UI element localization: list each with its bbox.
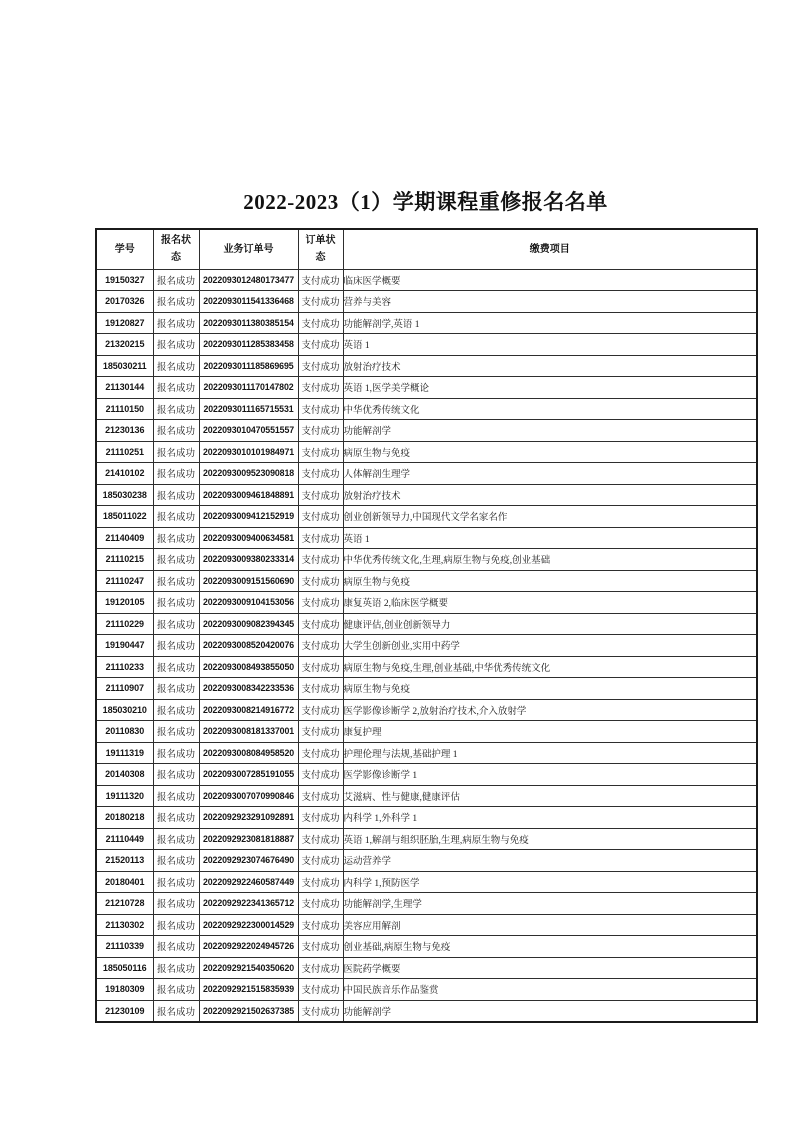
reg-status-cell: 报名成功 [153, 828, 199, 850]
fee-items-cell: 内科学 1,预防医学 [343, 871, 757, 893]
reg-status-cell: 报名成功 [153, 269, 199, 291]
student-id-cell: 21410102 [96, 463, 153, 485]
reg-status-cell: 报名成功 [153, 398, 199, 420]
order-status-cell: 支付成功 [298, 699, 343, 721]
fee-items-cell: 中华优秀传统文化 [343, 398, 757, 420]
reg-status-cell: 报名成功 [153, 355, 199, 377]
student-id-cell: 19120827 [96, 312, 153, 334]
order-number-cell: 2022093009082394345 [199, 613, 298, 635]
reg-status-cell: 报名成功 [153, 592, 199, 614]
student-id-cell: 185011022 [96, 506, 153, 528]
table-row: 21110449报名成功2022092923081818887支付成功英语 1,… [96, 828, 757, 850]
table-row: 20180218报名成功2022092923291092891支付成功内科学 1… [96, 807, 757, 829]
table-row: 21130144报名成功2022093011170147802支付成功英语 1,… [96, 377, 757, 399]
order-number-cell: 2022093011541336468 [199, 291, 298, 313]
order-status-cell: 支付成功 [298, 828, 343, 850]
order-number-cell: 2022092922300014529 [199, 914, 298, 936]
student-id-cell: 21230109 [96, 1000, 153, 1022]
order-status-cell: 支付成功 [298, 463, 343, 485]
order-status-cell: 支付成功 [298, 420, 343, 442]
header-cell-fee-items: 缴费项目 [343, 229, 757, 269]
order-status-cell: 支付成功 [298, 635, 343, 657]
header-cell-order-status: 订单状态 [298, 229, 343, 269]
student-id-cell: 21210728 [96, 893, 153, 915]
reg-status-cell: 报名成功 [153, 377, 199, 399]
reg-status-cell: 报名成功 [153, 506, 199, 528]
header-cell-student-id: 学号 [96, 229, 153, 269]
student-id-cell: 19180309 [96, 979, 153, 1001]
order-number-cell: 2022093008520420076 [199, 635, 298, 657]
table-row: 21230109报名成功2022092921502637385支付成功功能解剖学 [96, 1000, 757, 1022]
fee-items-cell: 放射治疗技术 [343, 355, 757, 377]
order-status-cell: 支付成功 [298, 570, 343, 592]
table-body: 19150327报名成功2022093012480173477支付成功临床医学概… [96, 269, 757, 1022]
fee-items-cell: 健康评估,创业创新领导力 [343, 613, 757, 635]
reg-status-cell: 报名成功 [153, 312, 199, 334]
reg-status-cell: 报名成功 [153, 291, 199, 313]
student-id-cell: 21110247 [96, 570, 153, 592]
document-page: 2022-2023（1）学期课程重修报名名单 学号 报名状态 业务订单号 订单状… [0, 0, 793, 1122]
order-number-cell: 2022092921502637385 [199, 1000, 298, 1022]
order-status-cell: 支付成功 [298, 334, 343, 356]
table-row: 19190447报名成功2022093008520420076支付成功大学生创新… [96, 635, 757, 657]
table-row: 19120105报名成功2022093009104153056支付成功康复英语 … [96, 592, 757, 614]
order-status-cell: 支付成功 [298, 656, 343, 678]
student-id-cell: 185030210 [96, 699, 153, 721]
reg-status-cell: 报名成功 [153, 807, 199, 829]
order-number-cell: 2022093008493855050 [199, 656, 298, 678]
fee-items-cell: 美容应用解剖 [343, 914, 757, 936]
table-row: 185011022报名成功2022093009412152919支付成功创业创新… [96, 506, 757, 528]
table-row: 185030210报名成功2022093008214916772支付成功医学影像… [96, 699, 757, 721]
order-status-cell: 支付成功 [298, 527, 343, 549]
order-number-cell: 2022092922460587449 [199, 871, 298, 893]
order-status-cell: 支付成功 [298, 441, 343, 463]
order-number-cell: 2022093009523090818 [199, 463, 298, 485]
order-number-cell: 2022093011185869695 [199, 355, 298, 377]
fee-items-cell: 英语 1 [343, 334, 757, 356]
order-status-cell: 支付成功 [298, 914, 343, 936]
table-row: 20170326报名成功2022093011541336468支付成功营养与美容 [96, 291, 757, 313]
fee-items-cell: 内科学 1,外科学 1 [343, 807, 757, 829]
reg-status-cell: 报名成功 [153, 871, 199, 893]
order-status-cell: 支付成功 [298, 893, 343, 915]
reg-status-cell: 报名成功 [153, 699, 199, 721]
fee-items-cell: 创业基础,病原生物与免疫 [343, 936, 757, 958]
fee-items-cell: 功能解剖学 [343, 420, 757, 442]
order-status-cell: 支付成功 [298, 678, 343, 700]
reg-status-cell: 报名成功 [153, 893, 199, 915]
order-number-cell: 2022093009461848891 [199, 484, 298, 506]
table-row: 21110339报名成功2022092922024945726支付成功创业基础,… [96, 936, 757, 958]
fee-items-cell: 英语 1 [343, 527, 757, 549]
table-row: 21110247报名成功2022093009151560690支付成功病原生物与… [96, 570, 757, 592]
order-number-cell: 2022093012480173477 [199, 269, 298, 291]
reg-status-cell: 报名成功 [153, 441, 199, 463]
student-id-cell: 20170326 [96, 291, 153, 313]
table-row: 185030211报名成功2022093011185869695支付成功放射治疗… [96, 355, 757, 377]
table-row: 185030238报名成功2022093009461848891支付成功放射治疗… [96, 484, 757, 506]
student-id-cell: 21110215 [96, 549, 153, 571]
fee-items-cell: 功能解剖学,生理学 [343, 893, 757, 915]
order-status-cell: 支付成功 [298, 936, 343, 958]
order-status-cell: 支付成功 [298, 1000, 343, 1022]
fee-items-cell: 医学影像诊断学 2,放射治疗技术,介入放射学 [343, 699, 757, 721]
table-row: 20180401报名成功2022092922460587449支付成功内科学 1… [96, 871, 757, 893]
order-status-cell: 支付成功 [298, 785, 343, 807]
order-status-cell: 支付成功 [298, 742, 343, 764]
order-number-cell: 2022092923081818887 [199, 828, 298, 850]
order-number-cell: 2022093008214916772 [199, 699, 298, 721]
page-title: 2022-2023（1）学期课程重修报名名单 [95, 0, 756, 216]
fee-items-cell: 功能解剖学,英语 1 [343, 312, 757, 334]
reg-status-cell: 报名成功 [153, 850, 199, 872]
student-id-cell: 19111319 [96, 742, 153, 764]
reg-status-cell: 报名成功 [153, 721, 199, 743]
reg-status-cell: 报名成功 [153, 635, 199, 657]
order-status-cell: 支付成功 [298, 613, 343, 635]
reg-status-cell: 报名成功 [153, 613, 199, 635]
table-row: 20110830报名成功2022093008181337001支付成功康复护理 [96, 721, 757, 743]
student-id-cell: 21110907 [96, 678, 153, 700]
reg-status-cell: 报名成功 [153, 484, 199, 506]
student-id-cell: 20140308 [96, 764, 153, 786]
order-number-cell: 2022093011285383458 [199, 334, 298, 356]
order-status-cell: 支付成功 [298, 592, 343, 614]
student-id-cell: 19150327 [96, 269, 153, 291]
reg-status-cell: 报名成功 [153, 764, 199, 786]
student-id-cell: 19111320 [96, 785, 153, 807]
fee-items-cell: 护理伦理与法规,基础护理 1 [343, 742, 757, 764]
table-row: 20140308报名成功2022093007285191055支付成功医学影像诊… [96, 764, 757, 786]
fee-items-cell: 营养与美容 [343, 291, 757, 313]
order-status-cell: 支付成功 [298, 850, 343, 872]
table-row: 21210728报名成功2022092922341365712支付成功功能解剖学… [96, 893, 757, 915]
order-status-cell: 支付成功 [298, 484, 343, 506]
order-number-cell: 2022092923074676490 [199, 850, 298, 872]
order-number-cell: 2022092921515835939 [199, 979, 298, 1001]
reg-status-cell: 报名成功 [153, 914, 199, 936]
reg-status-cell: 报名成功 [153, 957, 199, 979]
order-status-cell: 支付成功 [298, 312, 343, 334]
table-row: 21110229报名成功2022093009082394345支付成功健康评估,… [96, 613, 757, 635]
order-status-cell: 支付成功 [298, 398, 343, 420]
fee-items-cell: 医院药学概要 [343, 957, 757, 979]
order-number-cell: 2022093008342233536 [199, 678, 298, 700]
table-header-row: 学号 报名状态 业务订单号 订单状态 缴费项目 [96, 229, 757, 269]
student-id-cell: 21110233 [96, 656, 153, 678]
reg-status-cell: 报名成功 [153, 527, 199, 549]
order-status-cell: 支付成功 [298, 957, 343, 979]
fee-items-cell: 人体解剖生理学 [343, 463, 757, 485]
order-number-cell: 2022092921540350620 [199, 957, 298, 979]
table-row: 21110251报名成功2022093010101984971支付成功病原生物与… [96, 441, 757, 463]
fee-items-cell: 创业创新领导力,中国现代文学名家名作 [343, 506, 757, 528]
reg-status-cell: 报名成功 [153, 420, 199, 442]
fee-items-cell: 运动营养学 [343, 850, 757, 872]
header-cell-order-number: 业务订单号 [199, 229, 298, 269]
order-status-cell: 支付成功 [298, 549, 343, 571]
reg-status-cell: 报名成功 [153, 785, 199, 807]
fee-items-cell: 英语 1,解剖与组织胚胎,生理,病原生物与免疫 [343, 828, 757, 850]
order-number-cell: 2022093010470551557 [199, 420, 298, 442]
student-id-cell: 21110150 [96, 398, 153, 420]
fee-items-cell: 病原生物与免疫 [343, 678, 757, 700]
fee-items-cell: 病原生物与免疫 [343, 441, 757, 463]
order-status-cell: 支付成功 [298, 291, 343, 313]
reg-status-cell: 报名成功 [153, 936, 199, 958]
table-row: 19180309报名成功2022092921515835939支付成功中国民族音… [96, 979, 757, 1001]
student-id-cell: 21320215 [96, 334, 153, 356]
student-id-cell: 21110229 [96, 613, 153, 635]
table-row: 21320215报名成功2022093011285383458支付成功英语 1 [96, 334, 757, 356]
table-row: 21110907报名成功2022093008342233536支付成功病原生物与… [96, 678, 757, 700]
fee-items-cell: 病原生物与免疫,生理,创业基础,中华优秀传统文化 [343, 656, 757, 678]
student-id-cell: 21130144 [96, 377, 153, 399]
order-number-cell: 2022093007285191055 [199, 764, 298, 786]
reg-status-cell: 报名成功 [153, 334, 199, 356]
student-id-cell: 19120105 [96, 592, 153, 614]
table-row: 21110215报名成功2022093009380233314支付成功中华优秀传… [96, 549, 757, 571]
order-number-cell: 2022093011165715531 [199, 398, 298, 420]
table-row: 21130302报名成功2022092922300014529支付成功美容应用解… [96, 914, 757, 936]
table-row: 21520113报名成功2022092923074676490支付成功运动营养学 [96, 850, 757, 872]
fee-items-cell: 康复英语 2,临床医学概要 [343, 592, 757, 614]
reg-status-cell: 报名成功 [153, 979, 199, 1001]
order-status-cell: 支付成功 [298, 764, 343, 786]
table-row: 19150327报名成功2022093012480173477支付成功临床医学概… [96, 269, 757, 291]
reg-status-cell: 报名成功 [153, 742, 199, 764]
student-id-cell: 21230136 [96, 420, 153, 442]
fee-items-cell: 大学生创新创业,实用中药学 [343, 635, 757, 657]
student-id-cell: 20110830 [96, 721, 153, 743]
table-row: 19120827报名成功2022093011380385154支付成功功能解剖学… [96, 312, 757, 334]
order-number-cell: 2022093009380233314 [199, 549, 298, 571]
student-id-cell: 185030211 [96, 355, 153, 377]
order-number-cell: 2022093009151560690 [199, 570, 298, 592]
order-number-cell: 2022092923291092891 [199, 807, 298, 829]
order-number-cell: 2022093009400634581 [199, 527, 298, 549]
order-number-cell: 2022093008084958520 [199, 742, 298, 764]
student-id-cell: 20180401 [96, 871, 153, 893]
reg-status-cell: 报名成功 [153, 570, 199, 592]
order-number-cell: 2022093008181337001 [199, 721, 298, 743]
order-status-cell: 支付成功 [298, 807, 343, 829]
order-number-cell: 2022093011170147802 [199, 377, 298, 399]
student-id-cell: 21130302 [96, 914, 153, 936]
registration-table: 学号 报名状态 业务订单号 订单状态 缴费项目 19150327报名成功2022… [95, 228, 758, 1023]
table-row: 19111319报名成功2022093008084958520支付成功护理伦理与… [96, 742, 757, 764]
reg-status-cell: 报名成功 [153, 463, 199, 485]
reg-status-cell: 报名成功 [153, 656, 199, 678]
order-number-cell: 2022092922024945726 [199, 936, 298, 958]
order-number-cell: 2022092922341365712 [199, 893, 298, 915]
table-row: 21110233报名成功2022093008493855050支付成功病原生物与… [96, 656, 757, 678]
header-cell-reg-status: 报名状态 [153, 229, 199, 269]
order-status-cell: 支付成功 [298, 355, 343, 377]
table-row: 21410102报名成功2022093009523090818支付成功人体解剖生… [96, 463, 757, 485]
order-status-cell: 支付成功 [298, 871, 343, 893]
reg-status-cell: 报名成功 [153, 678, 199, 700]
order-status-cell: 支付成功 [298, 377, 343, 399]
fee-items-cell: 病原生物与免疫 [343, 570, 757, 592]
student-id-cell: 185050116 [96, 957, 153, 979]
order-number-cell: 2022093007070990846 [199, 785, 298, 807]
order-status-cell: 支付成功 [298, 721, 343, 743]
order-number-cell: 2022093011380385154 [199, 312, 298, 334]
fee-items-cell: 临床医学概要 [343, 269, 757, 291]
fee-items-cell: 中华优秀传统文化,生理,病原生物与免疫,创业基础 [343, 549, 757, 571]
student-id-cell: 21110339 [96, 936, 153, 958]
table-row: 21140409报名成功2022093009400634581支付成功英语 1 [96, 527, 757, 549]
table-row: 21110150报名成功2022093011165715531支付成功中华优秀传… [96, 398, 757, 420]
fee-items-cell: 艾滋病、性与健康,健康评估 [343, 785, 757, 807]
student-id-cell: 21110449 [96, 828, 153, 850]
order-status-cell: 支付成功 [298, 506, 343, 528]
fee-items-cell: 放射治疗技术 [343, 484, 757, 506]
student-id-cell: 20180218 [96, 807, 153, 829]
order-number-cell: 2022093009412152919 [199, 506, 298, 528]
student-id-cell: 21110251 [96, 441, 153, 463]
student-id-cell: 185030238 [96, 484, 153, 506]
order-status-cell: 支付成功 [298, 979, 343, 1001]
reg-status-cell: 报名成功 [153, 549, 199, 571]
table-row: 185050116报名成功2022092921540350620支付成功医院药学… [96, 957, 757, 979]
fee-items-cell: 英语 1,医学美学概论 [343, 377, 757, 399]
fee-items-cell: 医学影像诊断学 1 [343, 764, 757, 786]
table-row: 19111320报名成功2022093007070990846支付成功艾滋病、性… [96, 785, 757, 807]
fee-items-cell: 康复护理 [343, 721, 757, 743]
student-id-cell: 19190447 [96, 635, 153, 657]
order-status-cell: 支付成功 [298, 269, 343, 291]
student-id-cell: 21140409 [96, 527, 153, 549]
order-number-cell: 2022093010101984971 [199, 441, 298, 463]
reg-status-cell: 报名成功 [153, 1000, 199, 1022]
table-row: 21230136报名成功2022093010470551557支付成功功能解剖学 [96, 420, 757, 442]
order-number-cell: 2022093009104153056 [199, 592, 298, 614]
fee-items-cell: 中国民族音乐作品鉴赏 [343, 979, 757, 1001]
student-id-cell: 21520113 [96, 850, 153, 872]
fee-items-cell: 功能解剖学 [343, 1000, 757, 1022]
